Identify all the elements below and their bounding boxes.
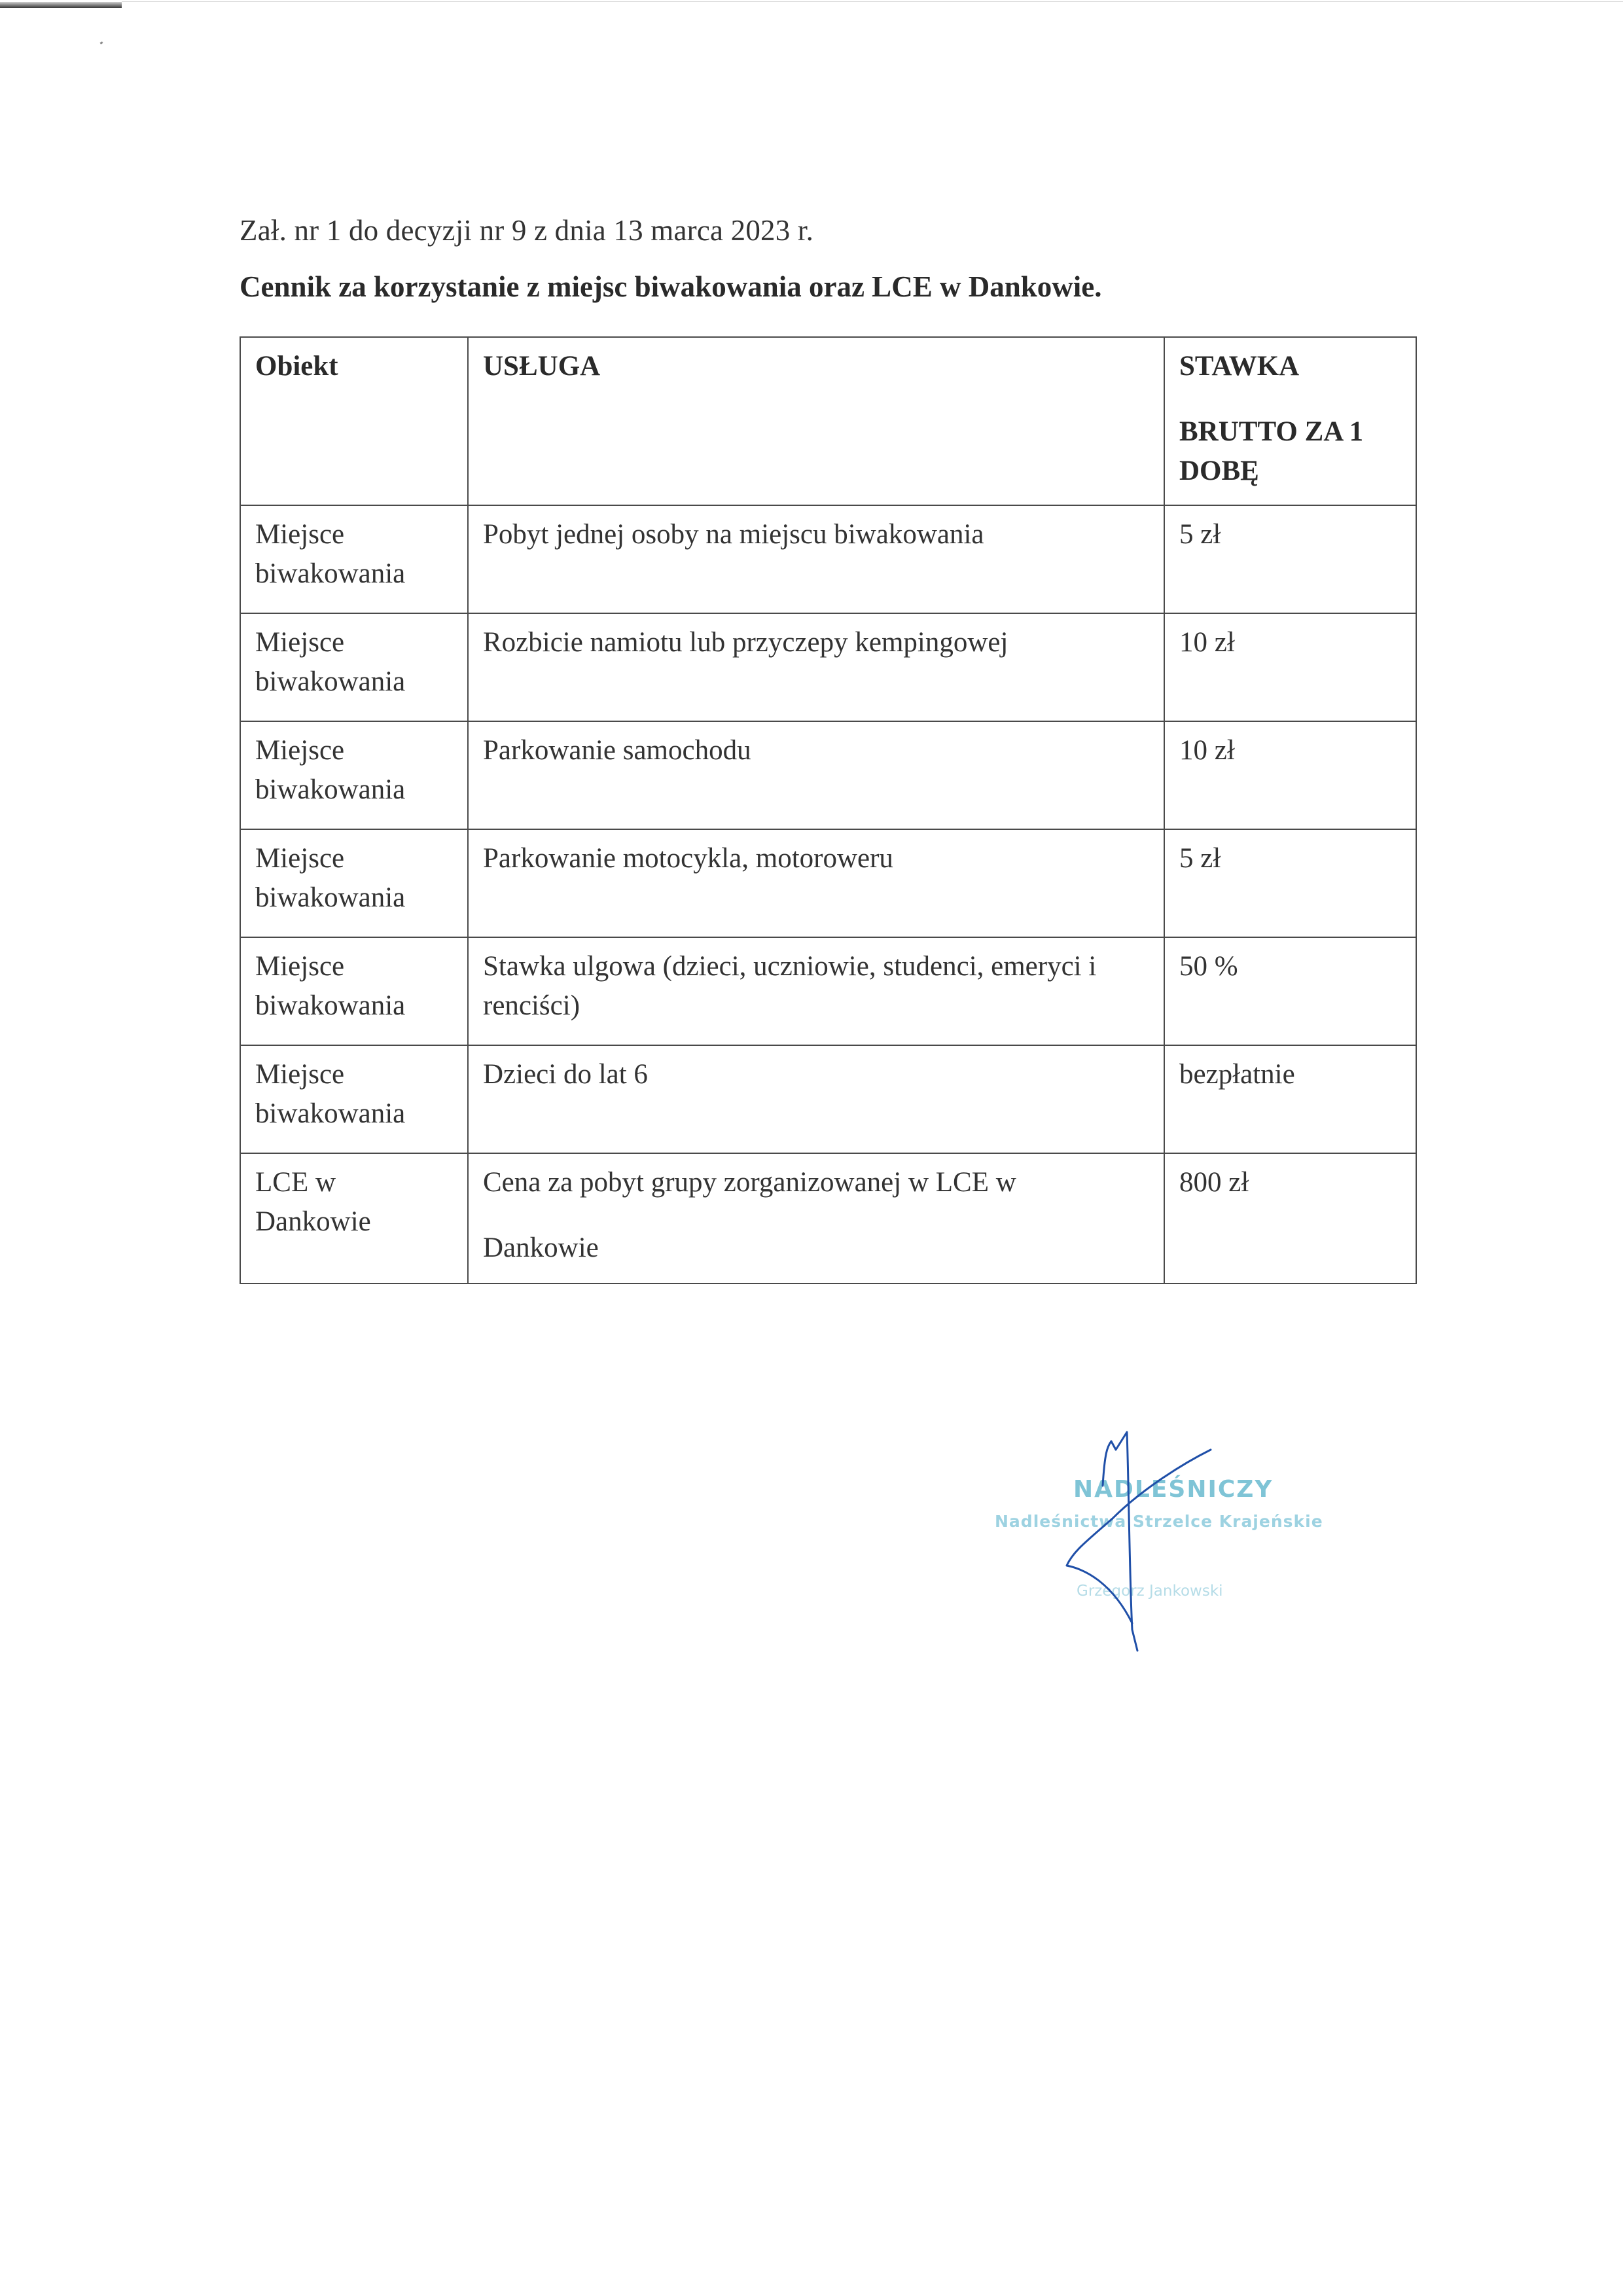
table-row: Miejsce biwakowania Stawka ulgowa (dziec…: [240, 937, 1416, 1045]
cell-object: LCE w Dankowie: [240, 1153, 468, 1283]
document-title: Cennik za korzystanie z miejsc biwakowan…: [240, 270, 1101, 304]
cell-rate: 800 zł: [1164, 1153, 1416, 1283]
cell-rate: 5 zł: [1164, 829, 1416, 937]
cell-service: Cena za pobyt grupy zorganizowanej w LCE…: [468, 1153, 1164, 1283]
cell-service: Dzieci do lat 6: [468, 1045, 1164, 1153]
scan-speck: [100, 41, 103, 45]
cell-service: Pobyt jednej osoby na miejscu biwakowani…: [468, 505, 1164, 613]
cell-object: Miejsce biwakowania: [240, 721, 468, 829]
column-header-object: Obiekt: [240, 337, 468, 505]
scan-edge-artifact: [0, 2, 122, 8]
cell-object: Miejsce biwakowania: [240, 1045, 468, 1153]
cell-rate: bezpłatnie: [1164, 1045, 1416, 1153]
cell-object: Miejsce biwakowania: [240, 505, 468, 613]
signature-icon: [982, 1414, 1387, 1662]
attachment-reference: Zał. nr 1 do decyzji nr 9 z dnia 13 marc…: [240, 213, 813, 247]
cell-rate: 50 %: [1164, 937, 1416, 1045]
cell-object: Miejsce biwakowania: [240, 937, 468, 1045]
table-row: Miejsce biwakowania Dzieci do lat 6 bezp…: [240, 1045, 1416, 1153]
rate-header-line2: BRUTTO ZA 1 DOBĘ: [1179, 412, 1401, 491]
cell-rate: 10 zł: [1164, 721, 1416, 829]
official-stamp: NADLEŚNICZY Nadleśnictwa Strzelce Krajeń…: [982, 1414, 1387, 1662]
cell-service: Rozbicie namiotu lub przyczepy kempingow…: [468, 613, 1164, 721]
service-line2: Dankowie: [483, 1229, 1149, 1268]
cell-object: Miejsce biwakowania: [240, 829, 468, 937]
table-row: Miejsce biwakowania Parkowanie samochodu…: [240, 721, 1416, 829]
cell-object: Miejsce biwakowania: [240, 613, 468, 721]
table-row: LCE w Dankowie Cena za pobyt grupy zorga…: [240, 1153, 1416, 1283]
cell-service: Stawka ulgowa (dzieci, uczniowie, studen…: [468, 937, 1164, 1045]
cell-rate: 5 zł: [1164, 505, 1416, 613]
table-row: Miejsce biwakowania Pobyt jednej osoby n…: [240, 505, 1416, 613]
price-table: Obiekt USŁUGA STAWKA BRUTTO ZA 1 DOBĘ Mi…: [240, 336, 1417, 1284]
scan-edge-line: [122, 1, 1623, 2]
service-line1: Cena za pobyt grupy zorganizowanej w LCE…: [483, 1167, 1016, 1198]
column-header-rate: STAWKA BRUTTO ZA 1 DOBĘ: [1164, 337, 1416, 505]
cell-rate: 10 zł: [1164, 613, 1416, 721]
table-row: Miejsce biwakowania Parkowanie motocykla…: [240, 829, 1416, 937]
cell-service: Parkowanie samochodu: [468, 721, 1164, 829]
table-header-row: Obiekt USŁUGA STAWKA BRUTTO ZA 1 DOBĘ: [240, 337, 1416, 505]
table-row: Miejsce biwakowania Rozbicie namiotu lub…: [240, 613, 1416, 721]
column-header-service: USŁUGA: [468, 337, 1164, 505]
cell-service: Parkowanie motocykla, motoroweru: [468, 829, 1164, 937]
rate-header-line1: STAWKA: [1179, 347, 1401, 386]
